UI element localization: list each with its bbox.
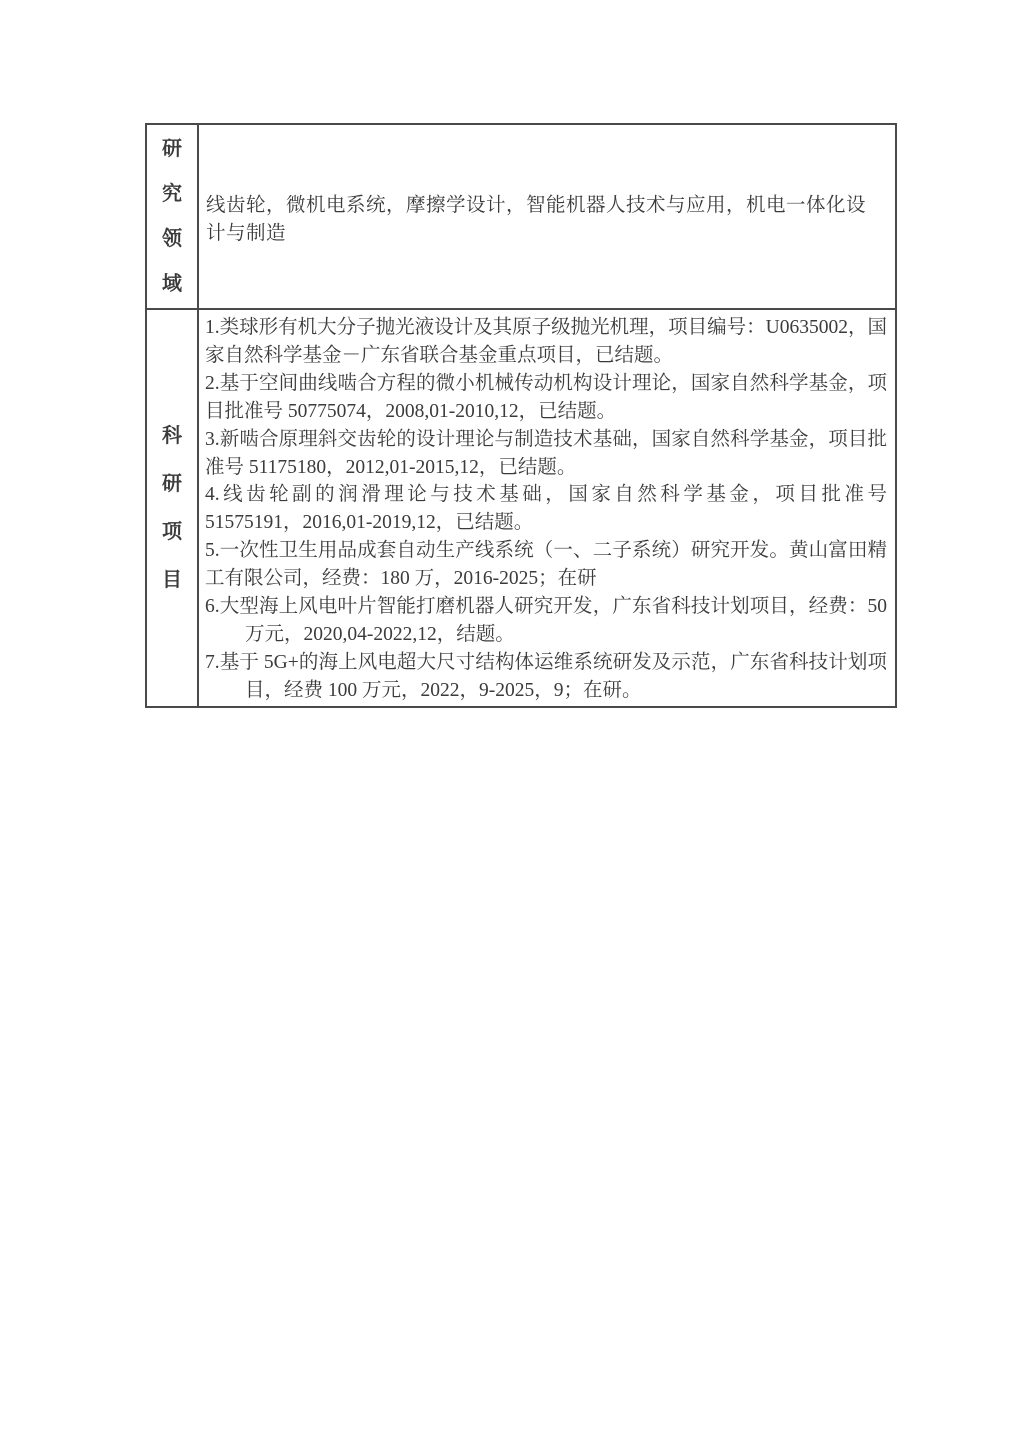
project-item: 1.类球形有机大分子抛光液设计及其原子级抛光机理，项目编号：U0635002，国… xyxy=(205,314,887,370)
project-item: 5.一次性卫生用品成套自动生产线系统（一、二子系统）研究开发。黄山富田精工有限公… xyxy=(205,537,887,593)
project-item: 3.新啮合原理斜交齿轮的设计理论与制造技术基础，国家自然科学基金，项目批准号 5… xyxy=(205,426,887,482)
table-row-research-projects: 科研项目 1.类球形有机大分子抛光液设计及其原子级抛光机理，项目编号：U0635… xyxy=(147,310,895,706)
header-char: 领 xyxy=(162,229,182,250)
header-char: 研 xyxy=(162,474,182,495)
header-char: 项 xyxy=(162,522,182,543)
project-item: 7.基于 5G+的海上风电超大尺寸结构体运维系统研发及示范，广东省科技计划项目，… xyxy=(205,649,887,705)
row-header-research-fields: 研究领域 xyxy=(147,125,199,308)
row-header-research-projects: 科研项目 xyxy=(147,310,199,706)
research-fields-cell: 线齿轮，微机电系统，摩擦学设计，智能机器人技术与应用，机电一体化设计与制造 xyxy=(199,125,895,308)
header-char: 研 xyxy=(162,139,182,160)
header-char: 目 xyxy=(162,570,182,591)
project-item: 6.大型海上风电叶片智能打磨机器人研究开发，广东省科技计划项目，经费：50 万元… xyxy=(205,593,887,649)
header-char: 科 xyxy=(162,426,182,447)
research-fields-text: 线齿轮，微机电系统，摩擦学设计，智能机器人技术与应用，机电一体化设计与制造 xyxy=(206,189,885,245)
info-table: 研究领域 线齿轮，微机电系统，摩擦学设计，智能机器人技术与应用，机电一体化设计与… xyxy=(145,123,897,708)
table-row-research-fields: 研究领域 线齿轮，微机电系统，摩擦学设计，智能机器人技术与应用，机电一体化设计与… xyxy=(147,125,895,310)
document-page: 研究领域 线齿轮，微机电系统，摩擦学设计，智能机器人技术与应用，机电一体化设计与… xyxy=(0,0,1024,1448)
project-item: 2.基于空间曲线啮合方程的微小机械传动机构设计理论，国家自然科学基金，项目批准号… xyxy=(205,370,887,426)
header-char: 究 xyxy=(162,184,182,205)
projects-list: 1.类球形有机大分子抛光液设计及其原子级抛光机理，项目编号：U0635002，国… xyxy=(199,310,895,706)
project-item: 4.线齿轮副的润滑理论与技术基础，国家自然科学基金，项目批准号 51575191… xyxy=(205,481,887,537)
header-char: 域 xyxy=(162,274,182,295)
